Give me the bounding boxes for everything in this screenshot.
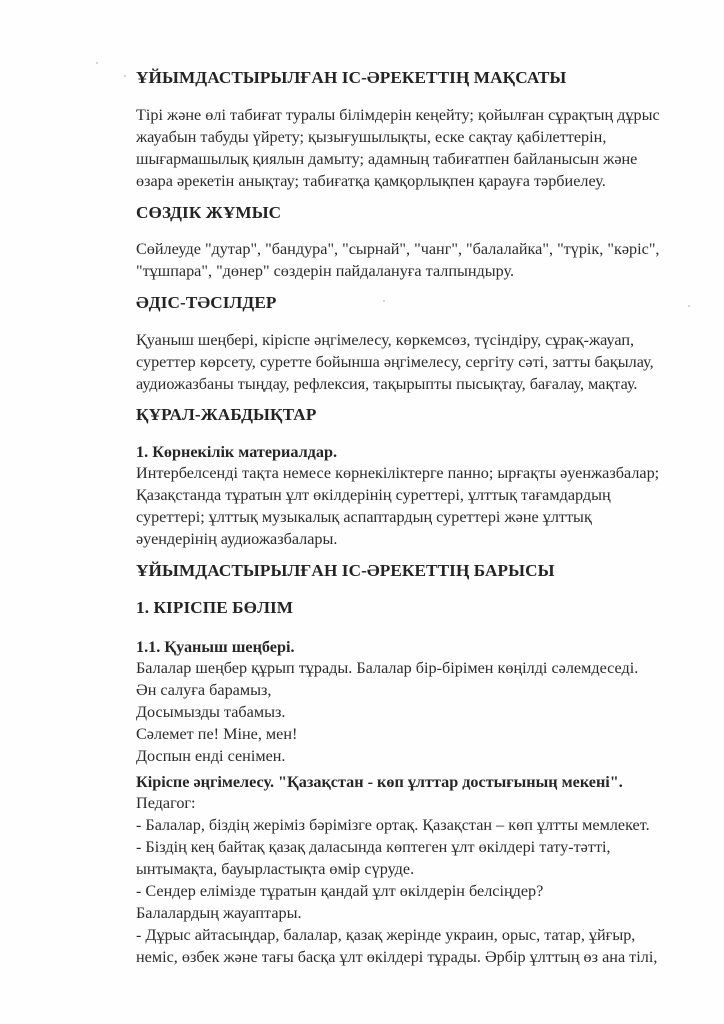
joy-circle-line-4: Сәлемет пе! Міне, мен! bbox=[136, 724, 297, 744]
equipment-line-4: әуендерінің аудиожазбалары. bbox=[136, 529, 337, 549]
equipment-line-3: суреттері; ұлттық музыкалық аспаптардың … bbox=[136, 507, 592, 527]
equipment-line-2: Қазақстанда тұратын ұлт өкілдерінің суре… bbox=[136, 485, 611, 505]
heading-course: ҰЙЫМДАСТЫРЫЛҒАН ІС-ӘРЕКЕТТІҢ БАРЫСЫ bbox=[136, 561, 555, 581]
conversation-line-8: неміс, өзбек және тағы басқа ұлт өкілдер… bbox=[136, 947, 657, 967]
scan-speck bbox=[688, 305, 690, 307]
heading-equipment: ҚҰРАЛ-ЖАБДЫҚТАР bbox=[136, 405, 316, 425]
conversation-line-1: Педагог: bbox=[136, 793, 196, 813]
subheading-visual-materials: 1. Көрнекілік материалдар. bbox=[136, 442, 337, 462]
joy-circle-line-3: Досымызды табамыз. bbox=[136, 702, 285, 722]
joy-circle-line-1: Балалар шеңбер құрып тұрады. Балалар бір… bbox=[136, 658, 638, 678]
subheading-joy-circle: 1.1. Қуаныш шеңбері. bbox=[136, 637, 295, 657]
joy-circle-line-2: Ән салуға барамыз, bbox=[136, 680, 271, 700]
goal-line-4: өзара әрекетін анықтау; табиғатқа қамқор… bbox=[136, 171, 606, 191]
heading-methods: ӘДІС-ТӘСІЛДЕР bbox=[136, 293, 277, 313]
equipment-line-1: Интербелсенді тақта немесе көрнекіліктер… bbox=[136, 463, 659, 483]
vocabulary-line-1: Сөйлеуде "дутар", "бандура", "сырнай", "… bbox=[136, 239, 659, 259]
conversation-line-4: ынтымақта, бауырластықта өмір сүруде. bbox=[136, 859, 414, 879]
goal-line-1: Тірі және өлі табиғат туралы білімдерін … bbox=[136, 105, 660, 125]
methods-line-1: Қуаныш шеңбері, кіріспе әңгімелесу, көрк… bbox=[136, 330, 634, 350]
scan-speck bbox=[96, 62, 98, 64]
vocabulary-line-2: "тұшпара", "дөнер" сөздерін пайдалануға … bbox=[136, 261, 514, 281]
conversation-line-3: - Біздің кең байтақ қазақ даласында көпт… bbox=[136, 837, 611, 857]
conversation-line-2: - Балалар, біздің жеріміз бәрімізге орта… bbox=[136, 815, 650, 835]
methods-line-3: аудиожазбаны тыңдау, рефлексия, тақырыпт… bbox=[136, 374, 637, 394]
goal-line-2: жауабын табуды үйрету; қызығушылықты, ес… bbox=[136, 127, 606, 147]
heading-goal: ҰЙЫМДАСТЫРЫЛҒАН ІС-ӘРЕКЕТТІҢ МАҚСАТЫ bbox=[136, 68, 566, 88]
heading-intro-part: 1. КІРІСПЕ БӨЛІМ bbox=[136, 598, 293, 618]
subheading-intro-conversation: Кіріспе әңгімелесу. "Қазақстан - көп ұлт… bbox=[136, 772, 623, 792]
joy-circle-line-5: Доспын енді сенімен. bbox=[136, 746, 285, 766]
document-page: ҰЙЫМДАСТЫРЫЛҒАН ІС-ӘРЕКЕТТІҢ МАҚСАТЫ Тір… bbox=[0, 0, 724, 1024]
methods-line-2: суреттер көрсету, суретте бойынша әңгіме… bbox=[136, 352, 654, 372]
goal-line-3: шығармашылық қиялын дамыту; адамның таби… bbox=[136, 149, 637, 169]
scan-speck bbox=[383, 300, 385, 302]
conversation-line-6: Балалардың жауаптары. bbox=[136, 903, 302, 923]
heading-vocabulary: СӨЗДІК ЖҰМЫС bbox=[136, 203, 281, 223]
scan-speck bbox=[124, 75, 126, 77]
conversation-line-7: - Дұрыс айтасыңдар, балалар, қазақ жерін… bbox=[136, 925, 635, 945]
conversation-line-5: - Сендер елімізде тұратын қандай ұлт өкі… bbox=[136, 881, 543, 901]
